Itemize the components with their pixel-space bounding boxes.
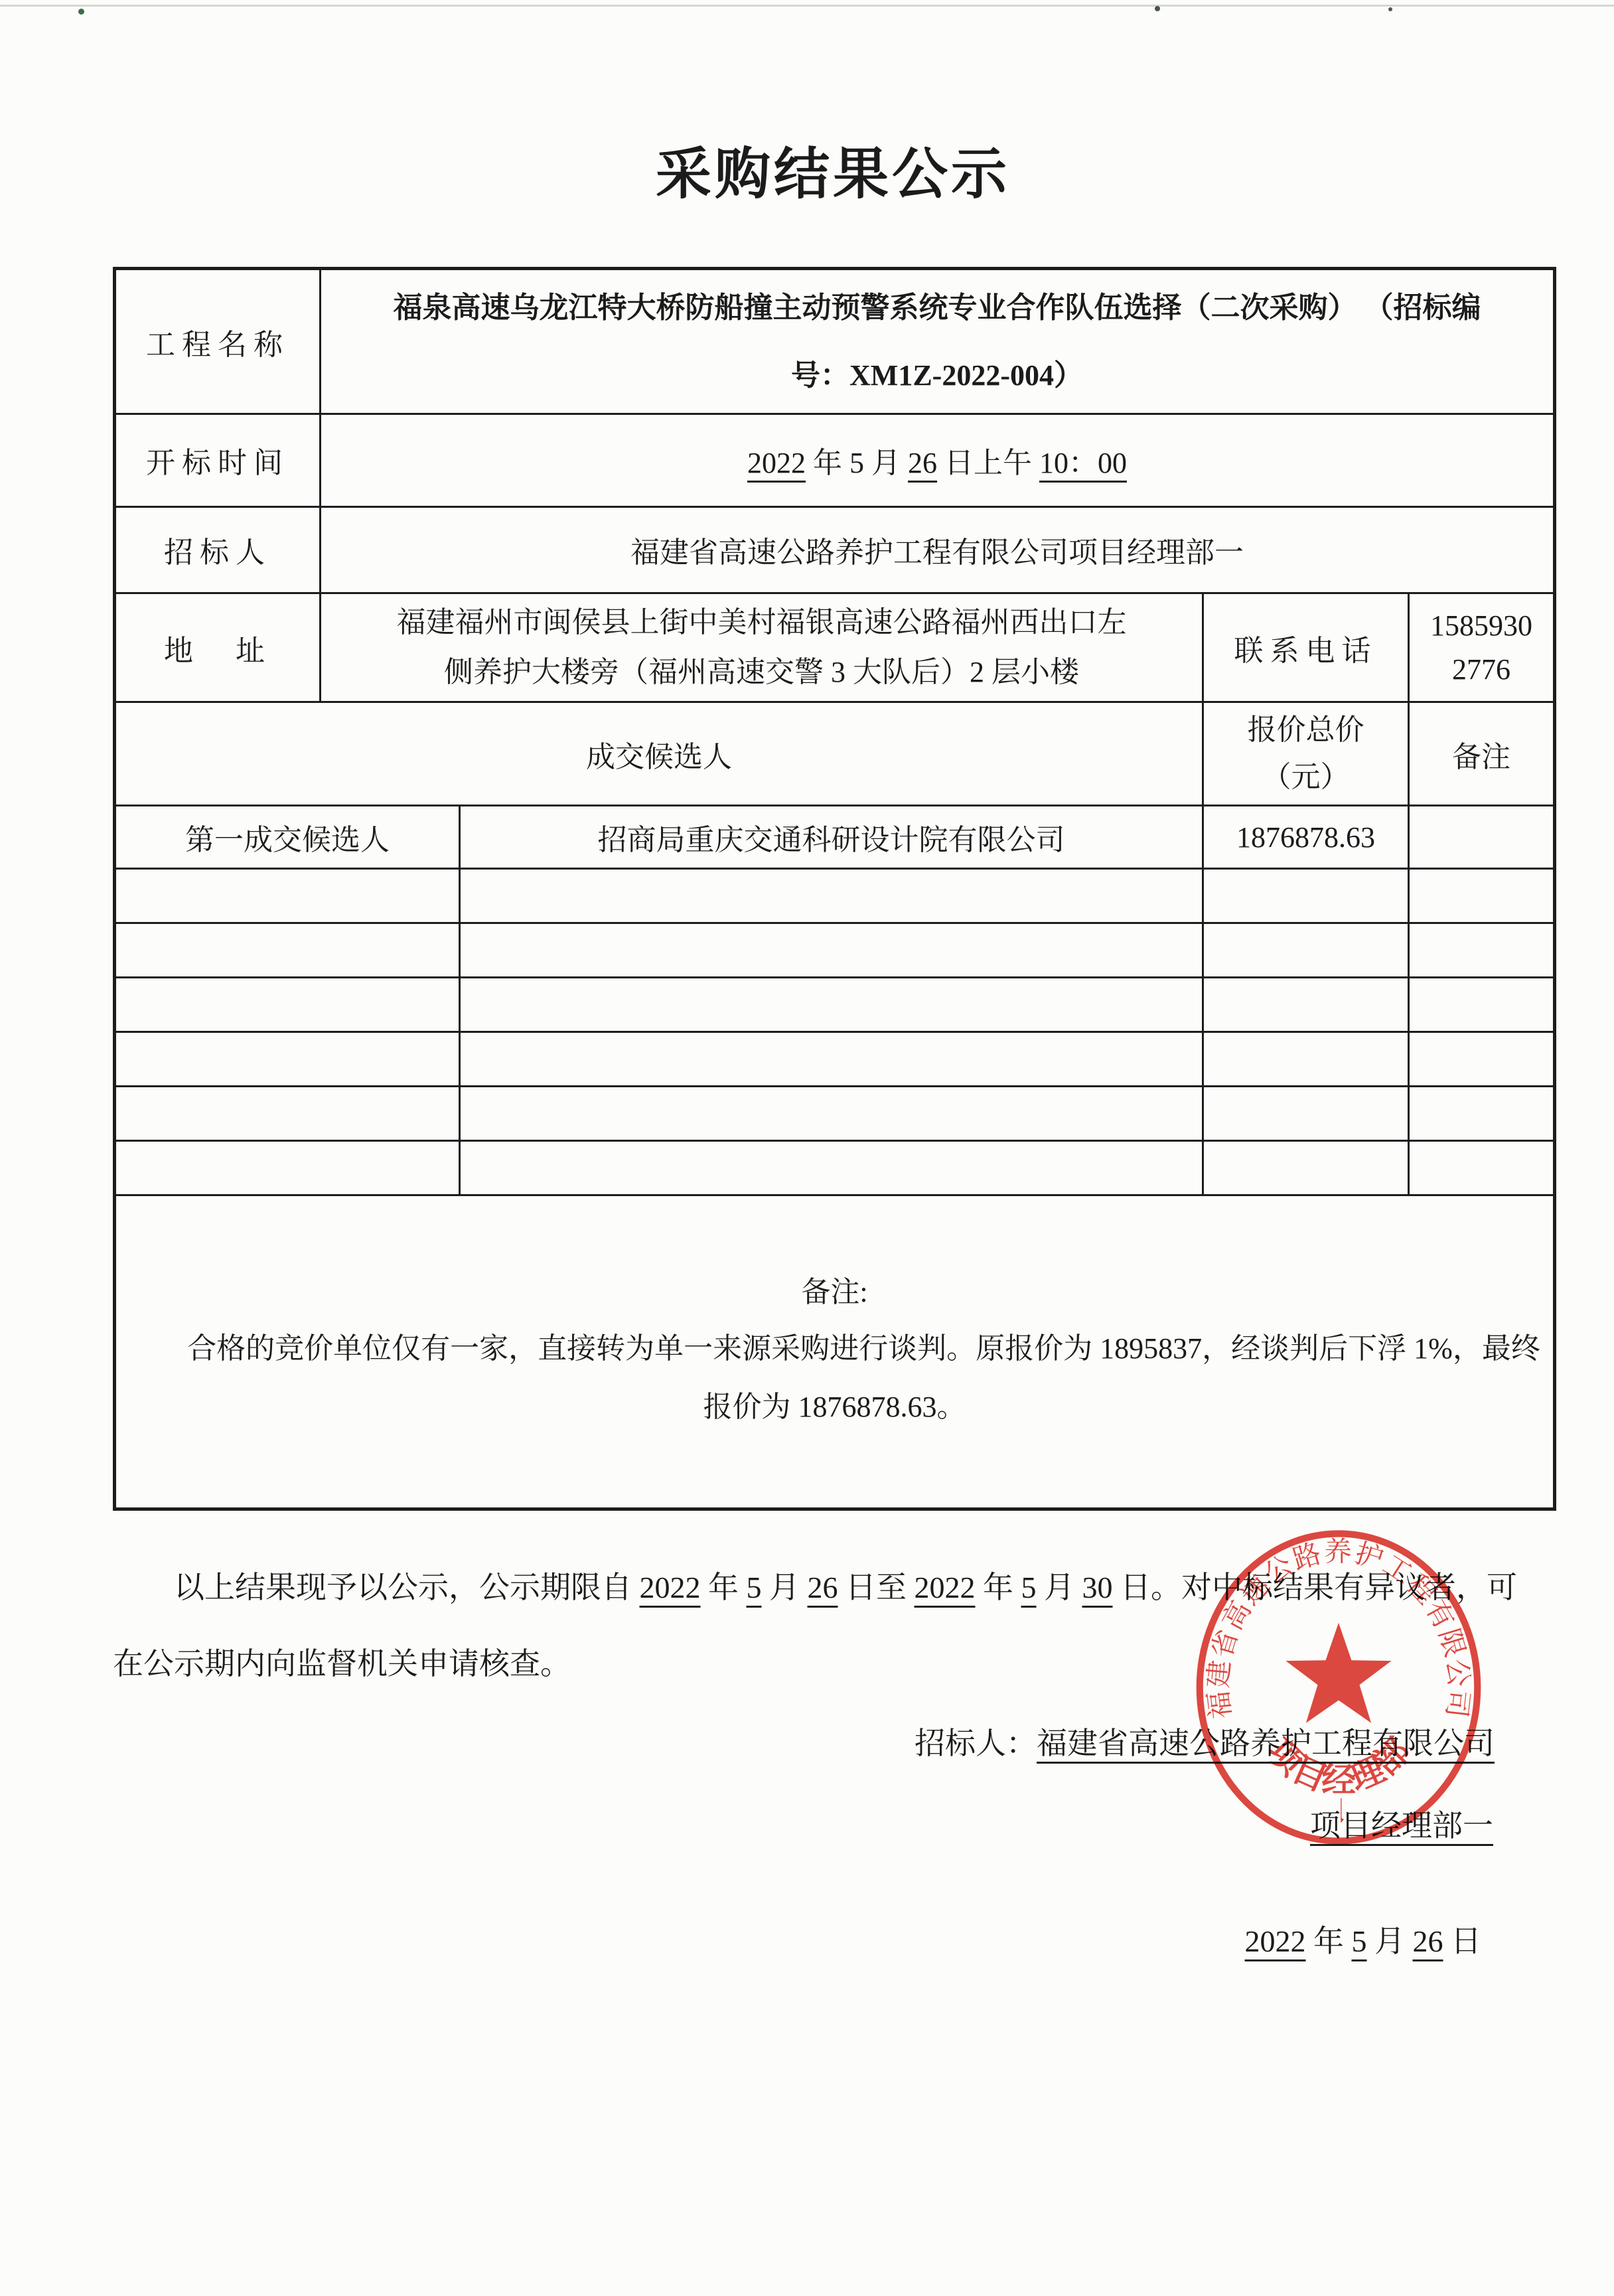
cell-remarks: 备注: 合格的竞价单位仅有一家，直接转为单一来源采购进行谈判。原报价为 1895… (115, 1195, 1555, 1509)
empty-cell (1203, 1032, 1409, 1087)
empty-cell (460, 1141, 1203, 1195)
text-segment: 日至 (838, 1570, 915, 1604)
text-segment: 2022 (915, 1570, 976, 1604)
cell-price-header: 报价总价 （元） (1203, 702, 1409, 806)
text-segment: 2022 (747, 447, 806, 479)
empty-cell (1203, 978, 1409, 1032)
text-segment: 月 (1367, 1924, 1413, 1958)
text-segment: 月 (1037, 1570, 1082, 1604)
text-segment: 年 5 月 (806, 447, 908, 479)
cell-phone-value: 15859302776 (1409, 593, 1555, 702)
remarks-text: 合格的竞价单位仅有一家，直接转为单一来源采购进行谈判。原报价为 1895837，… (127, 1320, 1542, 1436)
empty-row (115, 923, 1555, 978)
text-segment: 福建省高速公路养护工程有限公司 (1037, 1726, 1495, 1760)
text-segment: 月 (762, 1570, 808, 1604)
text-segment: 年 (976, 1570, 1021, 1604)
cell-note-header: 备注 (1409, 702, 1555, 806)
scanned-document-page: 采购结果公示 工程名称 福泉高速乌龙江特大桥防船撞主动预警系统专业合作队伍选择（… (0, 0, 1614, 2296)
project-name-line2: 号：XM1Z-2022-004） (332, 342, 1542, 409)
text-segment: 5 (747, 1570, 762, 1604)
row-tenderer: 招标人 福建省高速公路养护工程有限公司项目经理部一 (115, 506, 1555, 593)
empty-cell (1203, 923, 1409, 978)
text-segment: 日 (1443, 1924, 1482, 1958)
empty-cell (1203, 1087, 1409, 1141)
empty-cell (460, 978, 1203, 1032)
cell-candidate-rank: 第一成交候选人 (115, 806, 460, 869)
address-line2: 侧养护大楼旁（福州高速交警 3 大队后）2 层小楼 (332, 648, 1191, 698)
text-segment: 项目经理部一 (1310, 1809, 1493, 1843)
text-segment: 以上结果现予以公示，公示期限自 (174, 1570, 640, 1604)
signature-tenderer-line: 招标人：福建省高速公路养护工程有限公司 (0, 1719, 1614, 1763)
empty-cell (460, 1032, 1203, 1087)
empty-cell (1409, 1087, 1555, 1141)
empty-cell (460, 923, 1203, 978)
empty-row (115, 869, 1555, 923)
empty-cell (460, 1087, 1203, 1141)
cell-candidate-note (1409, 806, 1555, 869)
cell-candidates-header: 成交候选人 (115, 702, 1203, 806)
empty-cell (1409, 1141, 1555, 1195)
text-segment: 年 (1306, 1924, 1352, 1958)
text-segment: 年 (701, 1570, 747, 1604)
cell-candidate-company: 招商局重庆交通科研设计院有限公司 (460, 806, 1203, 869)
empty-cell (115, 1032, 460, 1087)
empty-cell (115, 923, 460, 978)
cell-tenderer-value: 福建省高速公路养护工程有限公司项目经理部一 (321, 506, 1555, 593)
text-segment: 日上午 (937, 447, 1039, 479)
empty-row (115, 1032, 1555, 1087)
empty-cell (115, 1087, 460, 1141)
empty-row (115, 1087, 1555, 1141)
row-first-candidate: 第一成交候选人 招商局重庆交通科研设计院有限公司 1876878.63 (115, 806, 1555, 869)
empty-cell (1409, 1032, 1555, 1087)
empty-cell (115, 1141, 460, 1195)
empty-cell (1409, 869, 1555, 923)
text-segment: 30 (1082, 1570, 1113, 1604)
empty-cell (115, 978, 460, 1032)
project-name-line1: 福泉高速乌龙江特大桥防船撞主动预警系统专业合作队伍选择（二次采购） （招标编 (332, 274, 1542, 341)
procurement-result-table: 工程名称 福泉高速乌龙江特大桥防船撞主动预警系统专业合作队伍选择（二次采购） （… (113, 267, 1556, 1511)
empty-row (115, 978, 1555, 1032)
empty-cell (115, 869, 460, 923)
text-segment: 26 (1413, 1924, 1443, 1958)
cell-address-value: 福建福州市闽侯县上街中美村福银高速公路福州西出口左 侧养护大楼旁（福州高速交警 … (321, 593, 1203, 702)
text-segment: 10：00 (1039, 447, 1127, 479)
cell-project-label: 工程名称 (115, 269, 321, 414)
cell-phone-label: 联系电话 (1203, 593, 1409, 702)
empty-row (115, 1141, 1555, 1195)
empty-cell (1203, 1141, 1409, 1195)
row-bid-opening-time: 开标时间 2022 年 5 月 26 日上午 10：00 (115, 414, 1555, 506)
cell-project-value: 福泉高速乌龙江特大桥防船撞主动预警系统专业合作队伍选择（二次采购） （招标编 号… (321, 269, 1555, 414)
cell-tenderer-label: 招标人 (115, 506, 321, 593)
empty-cell (1203, 869, 1409, 923)
remarks-label: 备注: (127, 1268, 1542, 1310)
price-header-line1: 报价总价 (1214, 707, 1397, 753)
phone-number: 15859302776 (1420, 604, 1542, 692)
cell-bid-time-label: 开标时间 (115, 414, 321, 506)
row-remarks: 备注: 合格的竞价单位仅有一家，直接转为单一来源采购进行谈判。原报价为 1895… (115, 1195, 1555, 1509)
text-segment: 招标人： (915, 1726, 1037, 1760)
cell-address-label: 地 址 (115, 593, 321, 702)
row-address: 地 址 福建福州市闽侯县上街中美村福银高速公路福州西出口左 侧养护大楼旁（福州高… (115, 593, 1555, 702)
empty-cell (460, 869, 1203, 923)
announcement-paragraph: 以上结果现予以公示，公示期限自 2022 年 5 月 26 日至 2022 年 … (113, 1549, 1536, 1702)
empty-cell (1409, 923, 1555, 978)
row-candidates-header: 成交候选人 报价总价 （元） 备注 (115, 702, 1555, 806)
address-line1: 福建福州市闽侯县上街中美村福银高速公路福州西出口左 (332, 598, 1191, 648)
page-title: 采购结果公示 (113, 145, 1553, 206)
text-segment: 2022 (1245, 1924, 1306, 1958)
row-project-name: 工程名称 福泉高速乌龙江特大桥防船撞主动预警系统专业合作队伍选择（二次采购） （… (115, 269, 1555, 414)
cell-bid-time-value: 2022 年 5 月 26 日上午 10：00 (321, 414, 1555, 506)
scan-speck (1388, 7, 1392, 11)
signature-date-line: 2022 年 5 月 26 日 (0, 1917, 1614, 1961)
text-segment: 26 (808, 1570, 838, 1604)
text-segment: 5 (1021, 1570, 1037, 1604)
scan-speck (1155, 6, 1160, 11)
empty-cell (1409, 978, 1555, 1032)
price-header-line2: （元） (1214, 754, 1397, 801)
scan-speck (78, 9, 84, 15)
text-segment: 26 (908, 447, 937, 479)
signature-department-line: 项目经理部一 (0, 1801, 1614, 1845)
scan-edge-artifact (0, 5, 1614, 7)
text-segment: 2022 (640, 1570, 701, 1604)
cell-candidate-price: 1876878.63 (1203, 806, 1409, 869)
text-segment: 5 (1352, 1924, 1367, 1958)
